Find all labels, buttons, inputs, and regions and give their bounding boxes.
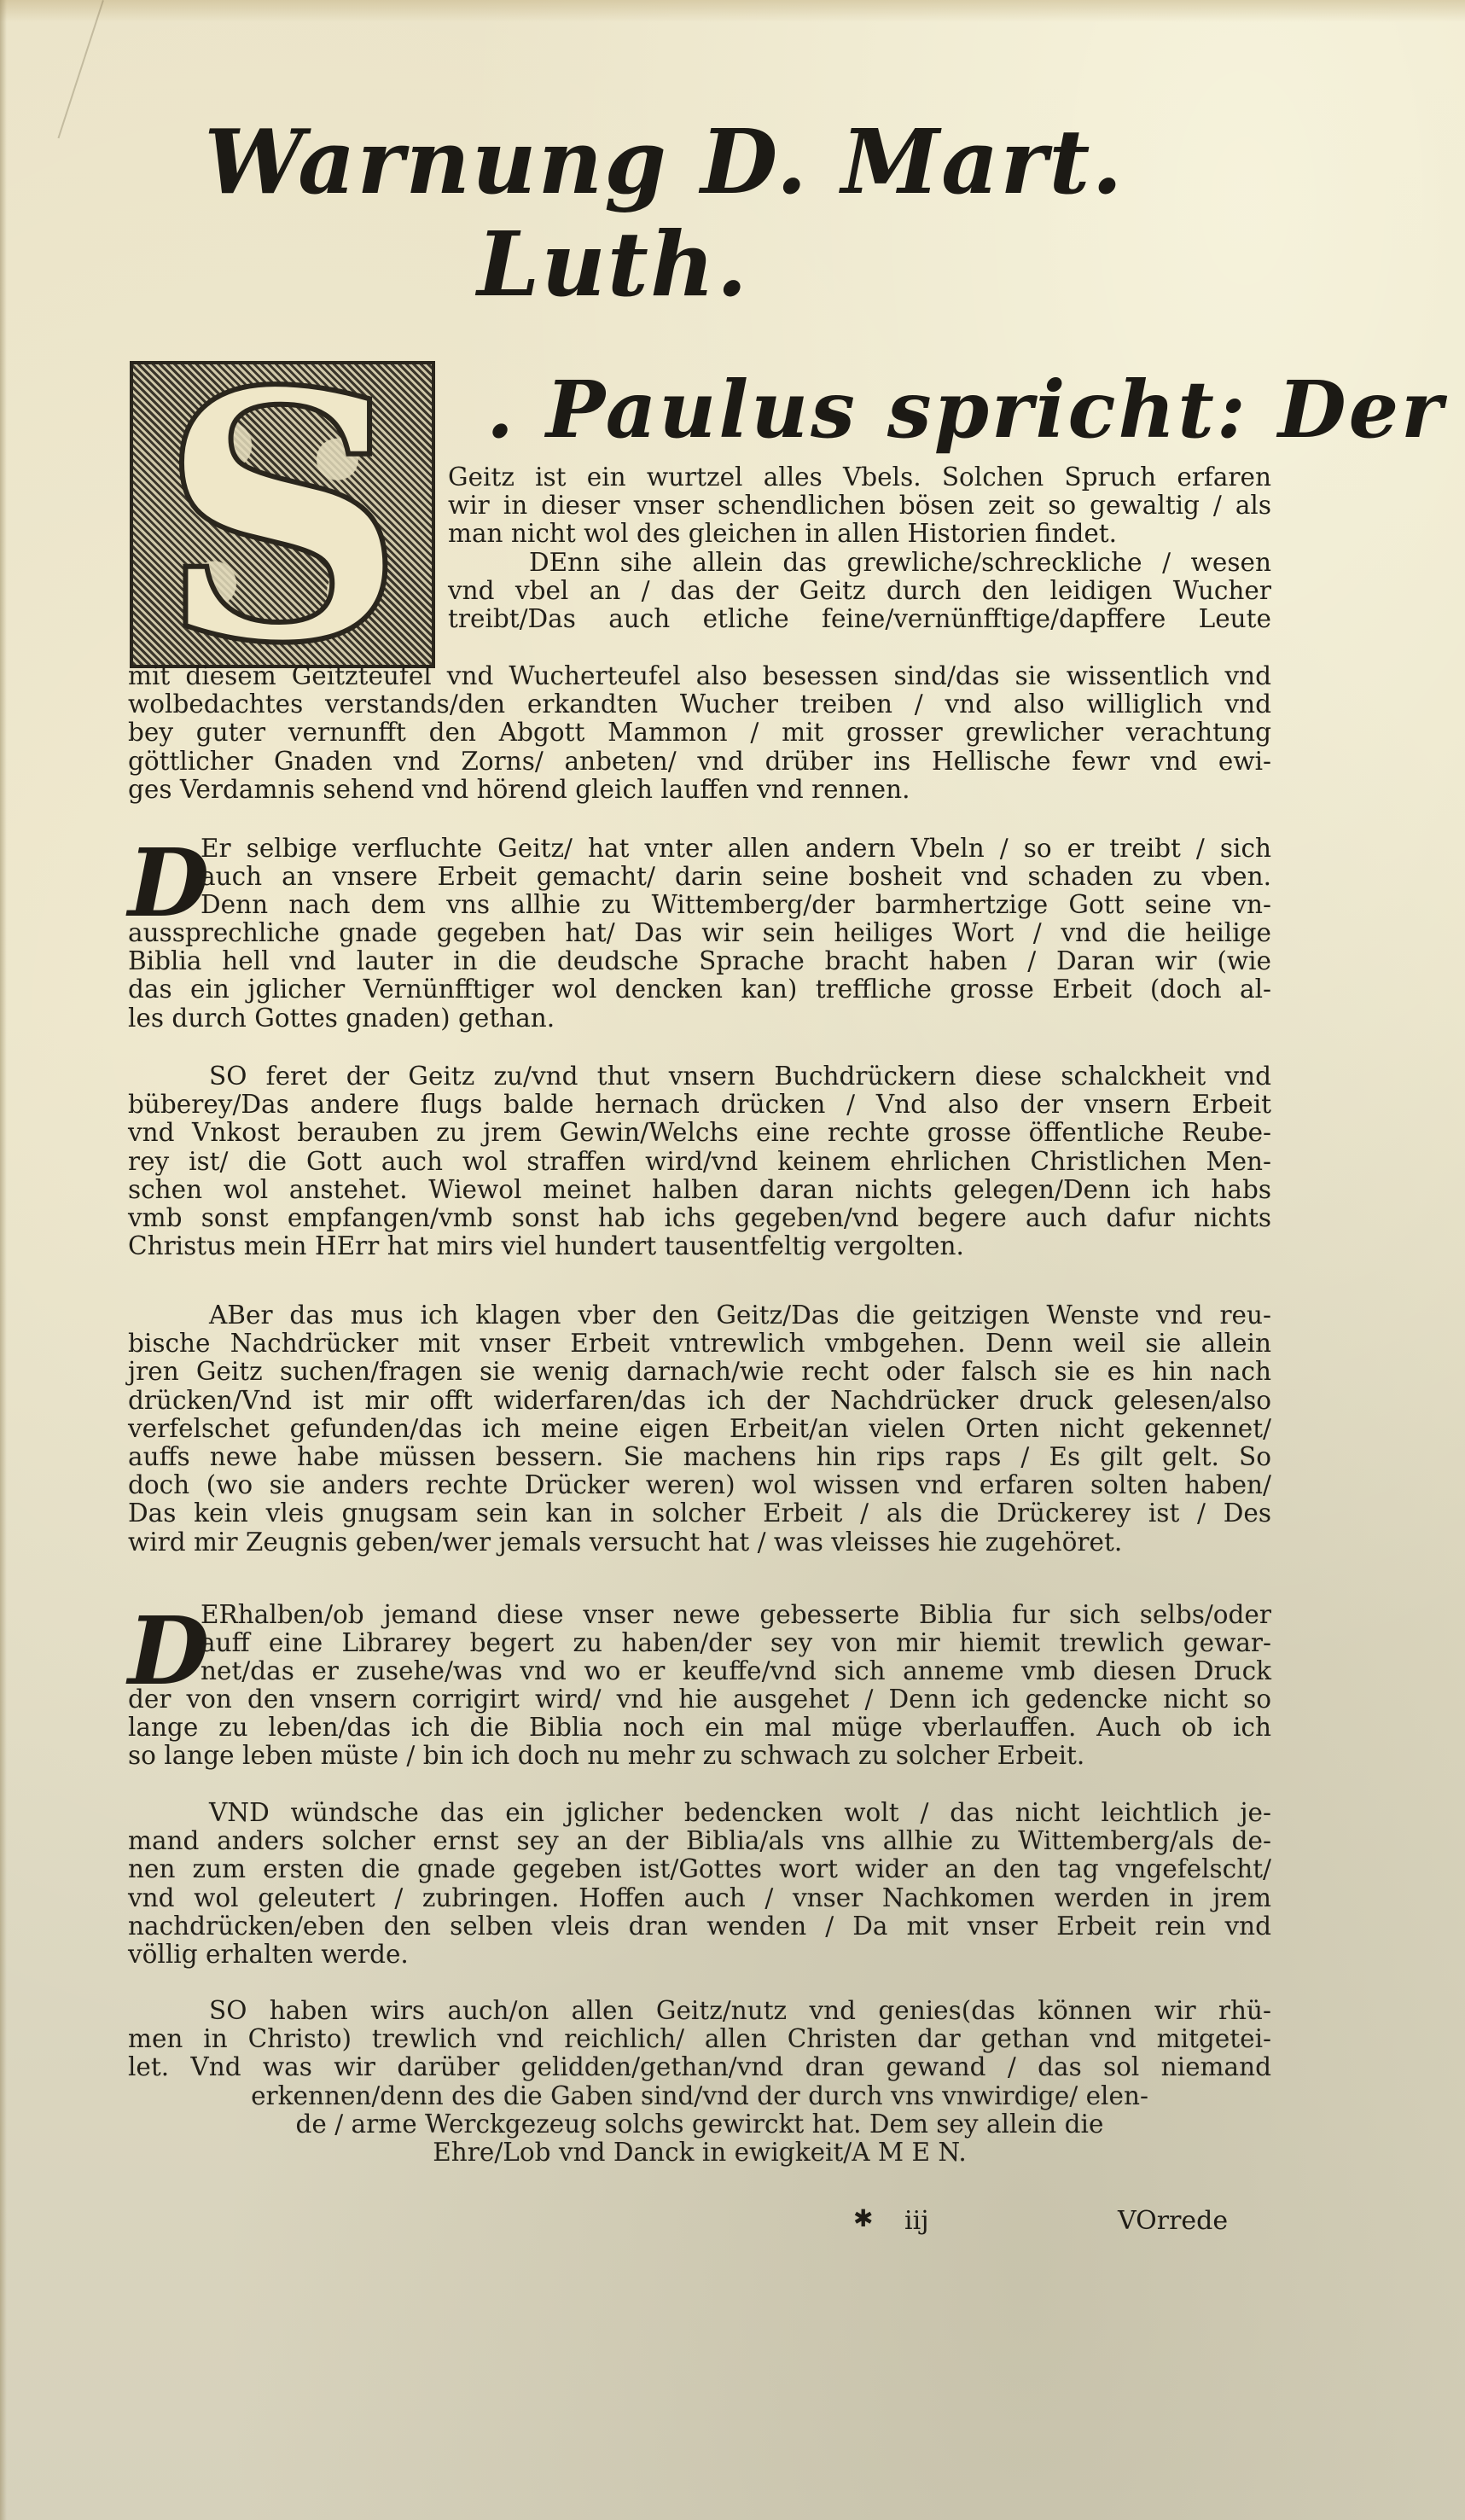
text-line: doch (wo sie anders rechte Drücker weren…	[128, 1471, 1271, 1499]
text-line: wir in dieser vnser schendlichen bösen z…	[448, 492, 1271, 520]
text-line: vnd Vnkost berauben zu jrem Gewin/Welchs…	[128, 1119, 1271, 1147]
paragraph-5-head: ERhalben/ob jemand diese vnser newe gebe…	[201, 1601, 1271, 1686]
text-line: rey ist/ die Gott auch wol straffen wird…	[128, 1148, 1271, 1176]
text-line: wolbedachtes verstands/den erkandten Wuc…	[128, 690, 1271, 719]
text-line: bey guter vernunfft den Abgott Mammon / …	[128, 719, 1271, 747]
text-line: Das kein vleis gnugsam sein kan in solch…	[128, 1499, 1271, 1528]
text-line: ges Verdamnis sehend vnd hörend gleich l…	[128, 776, 1271, 804]
paragraph-7: SO haben wirs auch/on allen Geitz/nutz v…	[128, 1997, 1271, 2082]
text-line: vmb sonst empfangen/vmb sonst hab ichs g…	[128, 1204, 1271, 1232]
paragraph-1-continued: mit diesem Geitzteufel vnd Wucherteufel …	[128, 662, 1271, 804]
text-line: lange zu leben/das ich die Biblia noch e…	[128, 1714, 1271, 1742]
text-line: drücken/Vnd ist mir offt widerfaren/das …	[128, 1387, 1271, 1415]
text-line: Ehre/Lob vnd Danck in ewigkeit/A M E N.	[145, 2139, 1254, 2167]
opening-paragraph: Geitz ist ein wurtzel alles Vbels. Solch…	[448, 463, 1271, 633]
text-line: Geitz ist ein wurtzel alles Vbels. Solch…	[448, 463, 1271, 492]
text-line: treibt/Das auch etliche feine/vernünffti…	[448, 605, 1271, 633]
text-line: de / arme Werckgezeug solchs gewirckt ha…	[145, 2110, 1254, 2139]
signature-mark-icon: ✱	[853, 2204, 873, 2232]
text-line: men in Christo) trewlich vnd reichlich/ …	[128, 2025, 1271, 2053]
text-line: mit diesem Geitzteufel vnd Wucherteufel …	[128, 662, 1271, 690]
title-line-1: Warnung D. Mart.	[0, 109, 1397, 214]
text-line: bische Nachdrücker mit vnser Erbeit vntr…	[128, 1330, 1271, 1358]
text-line: nen zum ersten die gnade gegeben ist/Got…	[128, 1855, 1271, 1883]
text-line: les durch Gottes gnaden) gethan.	[128, 1004, 1271, 1033]
text-line: jren Geitz suchen/fragen sie wenig darna…	[128, 1358, 1271, 1386]
paragraph-3: SO feret der Geitz zu/vnd thut vnsern Bu…	[128, 1062, 1271, 1260]
text-line: göttlicher Gnaden vnd Zorns/ anbeten/ vn…	[128, 748, 1271, 776]
text-line: nachdrücken/eben den selben vleis dran w…	[128, 1912, 1271, 1941]
paragraph-2-head: Er selbige verfluchte Geitz/ hat vnter a…	[201, 835, 1271, 920]
text-line: so lange leben müste / bin ich doch nu m…	[128, 1742, 1271, 1770]
paragraph-7-taper: erkennen/denn des die Gaben sind/vnd der…	[145, 2082, 1254, 2168]
text-line: verfelschet gefunden/das ich meine eigen…	[128, 1415, 1271, 1443]
text-line: wird mir Zeugnis geben/wer jemals versuc…	[128, 1528, 1271, 1557]
signature-mark: iij	[904, 2206, 929, 2236]
decorated-initial: S	[130, 361, 435, 668]
opening-lead-text: . Paulus spricht: Der	[486, 363, 1271, 457]
text-line: auffs newe habe müssen bessern. Sie mach…	[128, 1443, 1271, 1471]
text-line: Christus mein HErr hat mirs viel hundert…	[128, 1232, 1271, 1260]
text-line: Er selbige verfluchte Geitz/ hat vnter a…	[201, 835, 1271, 863]
text-line: auch an vnsere Erbeit gemacht/ darin sei…	[201, 863, 1271, 891]
page-left-edge	[0, 0, 7, 2520]
paragraph-5-body: der von den vnsern corrigirt wird/ vnd h…	[128, 1685, 1271, 1771]
text-line: net/das er zusehe/was vnd wo er keuffe/v…	[201, 1657, 1271, 1685]
text-line: SO feret der Geitz zu/vnd thut vnsern Bu…	[128, 1062, 1271, 1091]
text-line: DEnn sihe allein das grewliche/schreckli…	[448, 549, 1271, 577]
text-line: aussprechliche gnade gegeben hat/ Das wi…	[128, 919, 1271, 947]
text-line: ERhalben/ob jemand diese vnser newe gebe…	[201, 1601, 1271, 1629]
initial-letter: S	[133, 361, 432, 668]
text-line: büberey/Das andere flugs balde hernach d…	[128, 1091, 1271, 1119]
catchword: VOrrede	[1118, 2206, 1228, 2236]
text-line: völlig erhalten werde.	[128, 1941, 1271, 1969]
text-line: vnd wol geleutert / zubringen. Hoffen au…	[128, 1884, 1271, 1912]
text-line: das ein jglicher Vernünfftiger wol denck…	[128, 975, 1271, 1004]
text-line: auff eine Librarey begert zu haben/der s…	[201, 1629, 1271, 1657]
text-line: der von den vnsern corrigirt wird/ vnd h…	[128, 1685, 1271, 1714]
paragraph-2-body: aussprechliche gnade gegeben hat/ Das wi…	[128, 919, 1271, 1033]
text-line: vnd vbel an / das der Geitz durch den le…	[448, 577, 1271, 605]
page-top-shadow	[0, 0, 1465, 22]
title-line-2: Luth.	[0, 212, 1346, 317]
paragraph-4: ABer das mus ich klagen vber den Geitz/D…	[128, 1301, 1271, 1557]
paragraph-2-initial: D	[128, 836, 209, 930]
text-line: VND wündsche das ein jglicher bedencken …	[128, 1799, 1271, 1827]
text-line: Denn nach dem vns allhie zu Wittemberg/d…	[201, 891, 1271, 919]
text-line: schen wol anstehet. Wiewol meinet halben…	[128, 1176, 1271, 1204]
text-line: man nicht wol des gleichen in allen Hist…	[448, 520, 1271, 548]
text-line: SO haben wirs auch/on allen Geitz/nutz v…	[128, 1997, 1271, 2025]
text-line: mand anders solcher ernst sey an der Bib…	[128, 1827, 1271, 1855]
text-line: erkennen/denn des die Gaben sind/vnd der…	[145, 2082, 1254, 2110]
text-line: Biblia hell vnd lauter in die deudsche S…	[128, 947, 1271, 975]
paragraph-6: VND wündsche das ein jglicher bedencken …	[128, 1799, 1271, 1969]
text-line: ABer das mus ich klagen vber den Geitz/D…	[128, 1301, 1271, 1330]
scanned-page: Warnung D. Mart. Luth. S . Paulus sprich…	[0, 0, 1465, 2520]
text-line: let. Vnd was wir darüber gelidden/gethan…	[128, 2053, 1271, 2081]
